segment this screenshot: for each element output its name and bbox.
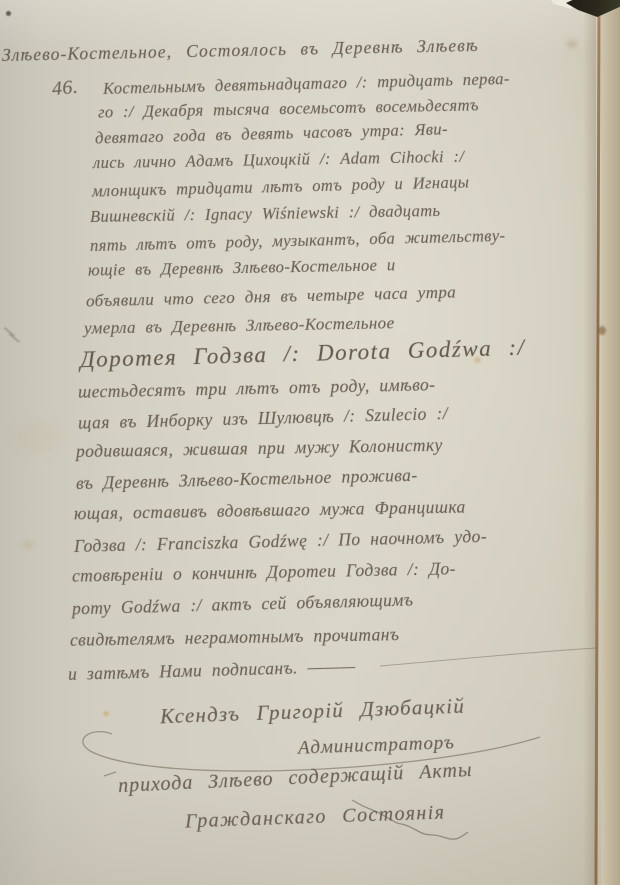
record-line: го :/ Декабря тысяча восемьсотъ восемьде… [98, 95, 479, 122]
act-opening-words: Состоялось въ Деревнѣ Злѣевѣ [186, 35, 479, 61]
record-line: шестьдесятъ три лѣтъ отъ роду, имѣво- [78, 374, 436, 402]
paper-stain [567, 40, 577, 48]
deceased-name-line: Доротея Годзва /: Dorota Godźwa :/ [80, 335, 526, 373]
record-line: пять лѣтъ отъ роду, музыкантъ, оба жител… [90, 226, 506, 256]
ink-speck [6, 11, 11, 16]
record-line: стовѣреніи о кончинѣ Доротеи Годзва /: Д… [72, 558, 456, 586]
priest-signature: Ксендзъ Григорій Дзюбацкій [160, 694, 466, 730]
paper-stain [16, 420, 60, 454]
record-line: въ Деревнѣ Злѣево-Костельное прожива- [76, 465, 418, 494]
record-line: Годзва /: Franciszka Godźwę :/ По наочно… [74, 526, 487, 557]
record-line: родившаяся, жившая при мужу Колонистку [76, 435, 443, 462]
record-line: умерла въ Деревнѣ Злѣево-Костельное [84, 313, 395, 338]
record-line: свидѣтелямъ неграмотнымъ прочитанъ [70, 624, 400, 651]
record-number: 46. [51, 76, 79, 101]
next-page-edge [601, 0, 620, 885]
record-line: девятаго года въ девять часовъ утра: Яви… [95, 119, 448, 148]
record-line: и затѣмъ Нами подписанъ. ——— [68, 656, 356, 685]
fox-spot [103, 711, 109, 716]
record-line: лись лично Адамъ Цихоцкій /: Adam Cihock… [93, 147, 465, 173]
signature-line: Гражданскаго Состоянія [185, 801, 446, 833]
record-line: щая въ Инборку изъ Шулювцѣ /: Szulecio :… [78, 403, 448, 434]
record-line: ющая, оставивъ вдовѣвшаго мужа Францишка [74, 497, 466, 525]
record-line: Костельнымъ девятьнадцатаго /: тридцать … [103, 69, 510, 99]
register-page-photo: Злѣево-Костельное,Состоялось въ Деревнѣ … [0, 0, 620, 885]
record-line: ющіе въ Деревнѣ Злѣево-Костельное и [88, 255, 396, 280]
signature-line: Администраторъ [298, 732, 455, 759]
signature-line: прихода Злѣево содержащій Акты [118, 759, 473, 798]
record-line: объявили что сего дня въ четыре часа утр… [86, 282, 457, 311]
margin-place-heading-line: Злѣево-Костельное,Состоялось въ Деревнѣ … [2, 35, 479, 66]
record-line: млонщикъ тридцати лѣтъ отъ роду и Игнацы [92, 172, 470, 201]
record-line: роту Godźwa :/ актъ сей объявляющимъ [72, 590, 414, 620]
fox-spot [22, 540, 34, 550]
record-line: Вишневскій /: Ignacy Wiśniewski :/ двадц… [90, 201, 441, 227]
margin-place-name: Злѣево-Костельное, [2, 41, 172, 65]
